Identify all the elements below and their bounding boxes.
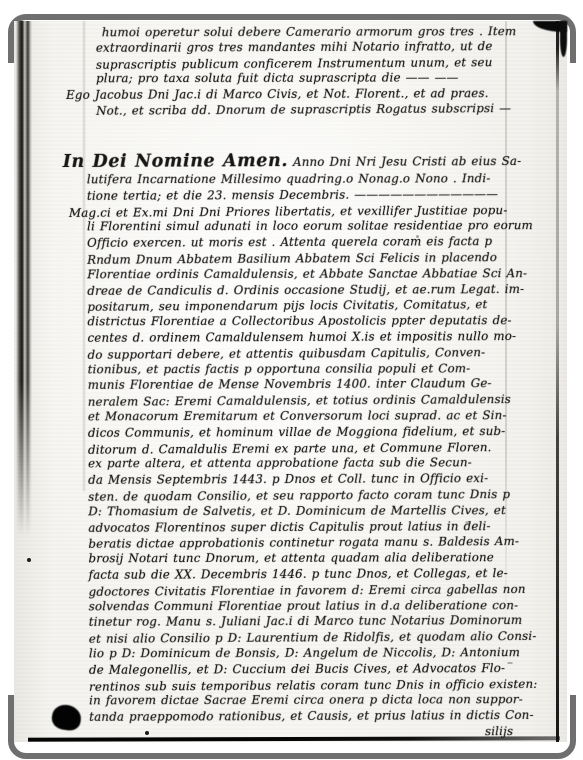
act-paragraph: In Dei Nomine Amen. Anno Dni Nri Jesu Cr…	[63, 151, 528, 742]
manuscript-line: tione tertia; et die 23. mensis Decembri…	[63, 187, 525, 205]
manuscript-line: tionibus, et pactis factis p opportuna c…	[64, 361, 526, 378]
manuscript-line: tanda praeppomodo rationibus, et Causis,…	[65, 708, 527, 726]
act-body-lines: lutifera Incarnatione Millesimo quadring…	[63, 171, 527, 742]
manuscript-line: in favorem dictae Sacrae Eremi circa one…	[65, 692, 527, 709]
manuscript-line: lio p D: Dominicum de Bonsis, D: Angelum…	[65, 645, 527, 662]
ink-speck	[27, 558, 31, 562]
manuscript-line: dicos Communis, et hominum villae de Mog…	[64, 424, 526, 442]
manuscript-page-scan: humoi operetur solui debere Camerario ar…	[14, 21, 567, 742]
manuscript-line: brosij Notari tunc Dnorum, et attenta qu…	[64, 550, 526, 567]
manuscript-line: ex parte altera, et attenta approbatione…	[64, 455, 526, 472]
closing-paragraph: humoi operetur solui debere Camerario ar…	[64, 24, 526, 118]
act-heading-continuation: Anno Dni Nri Jesu Cristi ab eius Sa-	[293, 154, 521, 169]
manuscript-line: centes d. ordinem Camaldulensem humoi X.…	[63, 329, 525, 347]
manuscript-line: extraordinarii gros tres mandantes mihi …	[64, 39, 526, 56]
manuscript-line: humoi operetur solui debere Camerario ar…	[64, 24, 526, 41]
page-right-edge-shadow	[556, 21, 559, 742]
manuscript-line: silijs	[65, 724, 527, 743]
act-heading-line: In Dei Nomine Amen. Anno Dni Nri Jesu Cr…	[63, 151, 525, 173]
manuscript-line: lutifera Incarnatione Millesimo quadring…	[63, 171, 525, 188]
manuscript-line: Not., et scriba dd. Dnorum de suprascrip…	[64, 101, 526, 119]
manuscript-line: D: Thomasium de Salvetis, et D. Dominicu…	[64, 503, 526, 520]
manuscript-line: plura; pro taxa soluta fuit dicta supras…	[64, 70, 526, 87]
manuscript-line: de Malegonellis, et D: Cuccium dei Bucis…	[65, 661, 527, 679]
corner-shadow-top-right-side	[560, 21, 567, 57]
manuscript-line: facta sub die XX. Decembris 1446. p tunc…	[65, 566, 527, 584]
manuscript-line: li Florentini simul adunati in loco eoru…	[63, 218, 525, 235]
manuscript-line: solvendas Communi Florentiae prout latiu…	[65, 598, 527, 615]
manuscript-line: et Monacorum Eremitarum et Conversorum l…	[64, 408, 526, 425]
book-gutter-shadow	[16, 21, 32, 536]
manuscript-line: Officio exercen. ut moris est . Attenta …	[63, 234, 525, 252]
manuscript-line: da Mensis Septembris 1443. p Dnos et Col…	[64, 471, 526, 489]
manuscript-line: districtus Florentiae a Collectoribus Ap…	[63, 313, 525, 330]
frame-border-cutout-right	[566, 63, 583, 695]
manuscript-line: Florentiae ordinis Camaldulensis, et Abb…	[63, 266, 525, 283]
invocation-heading: In Dei Nomine Amen.	[63, 151, 288, 172]
